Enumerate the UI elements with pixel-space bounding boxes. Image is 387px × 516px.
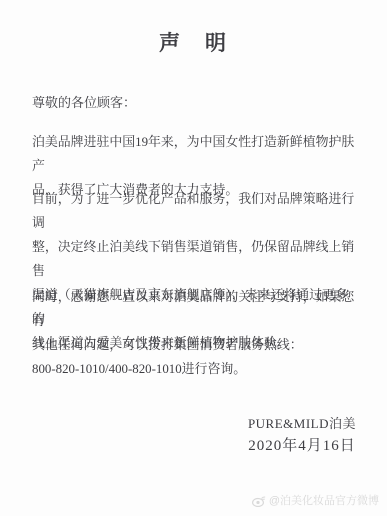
- signature-date: 2020年4月16日: [248, 435, 356, 457]
- paragraph-thanks-hotline: 同时，感谢您一直以来对泊美品牌的关注与支持，如果您有 其他任何问题，可以拨打集团…: [32, 285, 358, 381]
- greeting-line: 尊敬的各位顾客：: [32, 94, 136, 112]
- weibo-icon: [252, 495, 266, 507]
- page-title: 声 明: [0, 31, 387, 55]
- weibo-watermark: @泊美化妆品官方微博: [252, 494, 379, 508]
- signature-brand: PURE&MILD泊美: [248, 415, 356, 433]
- statement-document: 声 明 尊敬的各位顾客： 泊美品牌进驻中国19年来，为中国女性打造新鲜植物护肤产…: [0, 0, 387, 516]
- signature-block: PURE&MILD泊美 2020年4月16日: [248, 415, 356, 457]
- watermark-text: @泊美化妆品官方微博: [269, 494, 379, 508]
